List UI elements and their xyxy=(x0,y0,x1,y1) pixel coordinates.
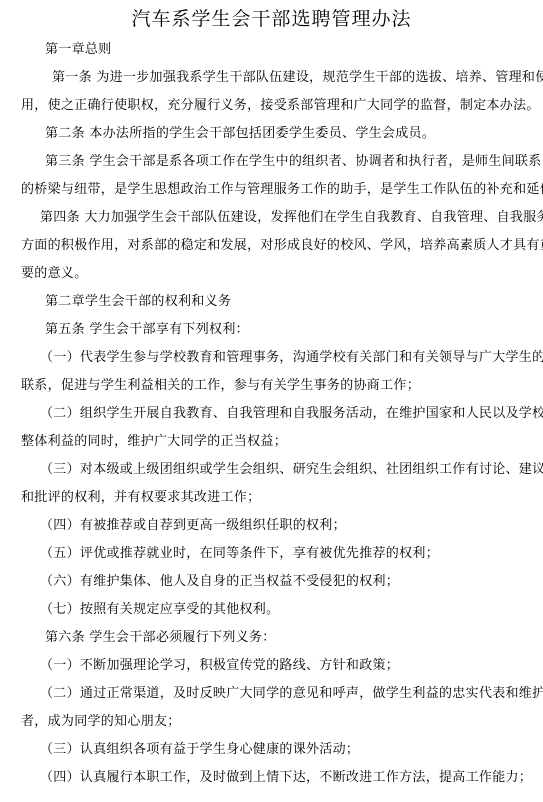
paragraph-line: 要的意义。 xyxy=(21,266,526,282)
paragraph-line: 第一条 为进一步加强我系学生干部队伍建设，规范学生干部的选拔、培养、管理和使 xyxy=(52,70,543,86)
paragraph-line: 和批评的权利，并有权要求其改进工作； xyxy=(21,490,526,506)
paragraph-line: 者，成为同学的知心朋友； xyxy=(21,714,526,730)
paragraph-line: （一）代表学生参与学校教育和管理事务，沟通学校有关部门和有关领导与广大学生的 xyxy=(40,350,543,366)
paragraph-line: 第二条 本办法所指的学生会干部包括团委学生委员、学生会成员。 xyxy=(45,126,543,142)
paragraph-line: 整体利益的同时，维护广大同学的正当权益； xyxy=(21,434,526,450)
document-title: 汽车系学生会干部选聘管理办法 xyxy=(0,4,543,31)
paragraph-line: （一）不断加强理论学习，积极宣传党的路线、方针和政策； xyxy=(40,658,543,674)
paragraph-line: （四）认真履行本职工作，及时做到上情下达，不断改进工作方法，提高工作能力； xyxy=(40,770,543,786)
paragraph-line: （二）组织学生开展自我教育、自我管理和自我服务活动，在维护国家和人民以及学校 xyxy=(40,406,543,422)
paragraph-line: （七）按照有关规定应享受的其他权利。 xyxy=(40,602,543,618)
paragraph-line: 的桥梁与纽带，是学生思想政治工作与管理服务工作的助手，是学生工作队伍的补充和延伸… xyxy=(21,182,526,198)
paragraph-line: （三）认真组织各项有益于学生身心健康的课外活动； xyxy=(40,742,543,758)
paragraph-line: 第三条 学生会干部是系各项工作在学生中的组织者、协调者和执行者，是师生间联系 xyxy=(45,154,543,170)
paragraph-line: 第二章学生会干部的权利和义务 xyxy=(45,294,543,310)
paragraph-line: 方面的积极作用，对系部的稳定和发展，对形成良好的校风、学风，培养高素质人才具有重 xyxy=(21,238,526,254)
paragraph-line: 用，使之正确行使职权，充分履行义务，接受系部管理和广大同学的监督，制定本办法。 xyxy=(21,98,526,114)
paragraph-line: 第一章总则 xyxy=(45,42,543,58)
paragraph-line: （五）评优或推荐就业时，在同等条件下，享有被优先推荐的权利； xyxy=(40,546,543,562)
paragraph-line: （三）对本级或上级团组织或学生会组织、研究生会组织、社团组织工作有讨论、建议 xyxy=(40,462,543,478)
paragraph-line: （六）有维护集体、他人及自身的正当权益不受侵犯的权利； xyxy=(40,574,543,590)
paragraph-line: （二）通过正常渠道，及时反映广大同学的意见和呼声，做学生利益的忠实代表和维护 xyxy=(40,686,543,702)
paragraph-line: 第五条 学生会干部享有下列权利： xyxy=(45,322,543,338)
paragraph-line: 联系，促进与学生利益相关的工作，参与有关学生事务的协商工作； xyxy=(21,378,526,394)
paragraph-line: （四）有被推荐或自荐到更高一级组织任职的权利； xyxy=(40,518,543,534)
paragraph-line: 第四条 大力加强学生会干部队伍建设，发挥他们在学生自我教育、自我管理、自我服务 xyxy=(40,210,543,226)
paragraph-line: 第六条 学生会干部必须履行下列义务： xyxy=(45,630,543,646)
